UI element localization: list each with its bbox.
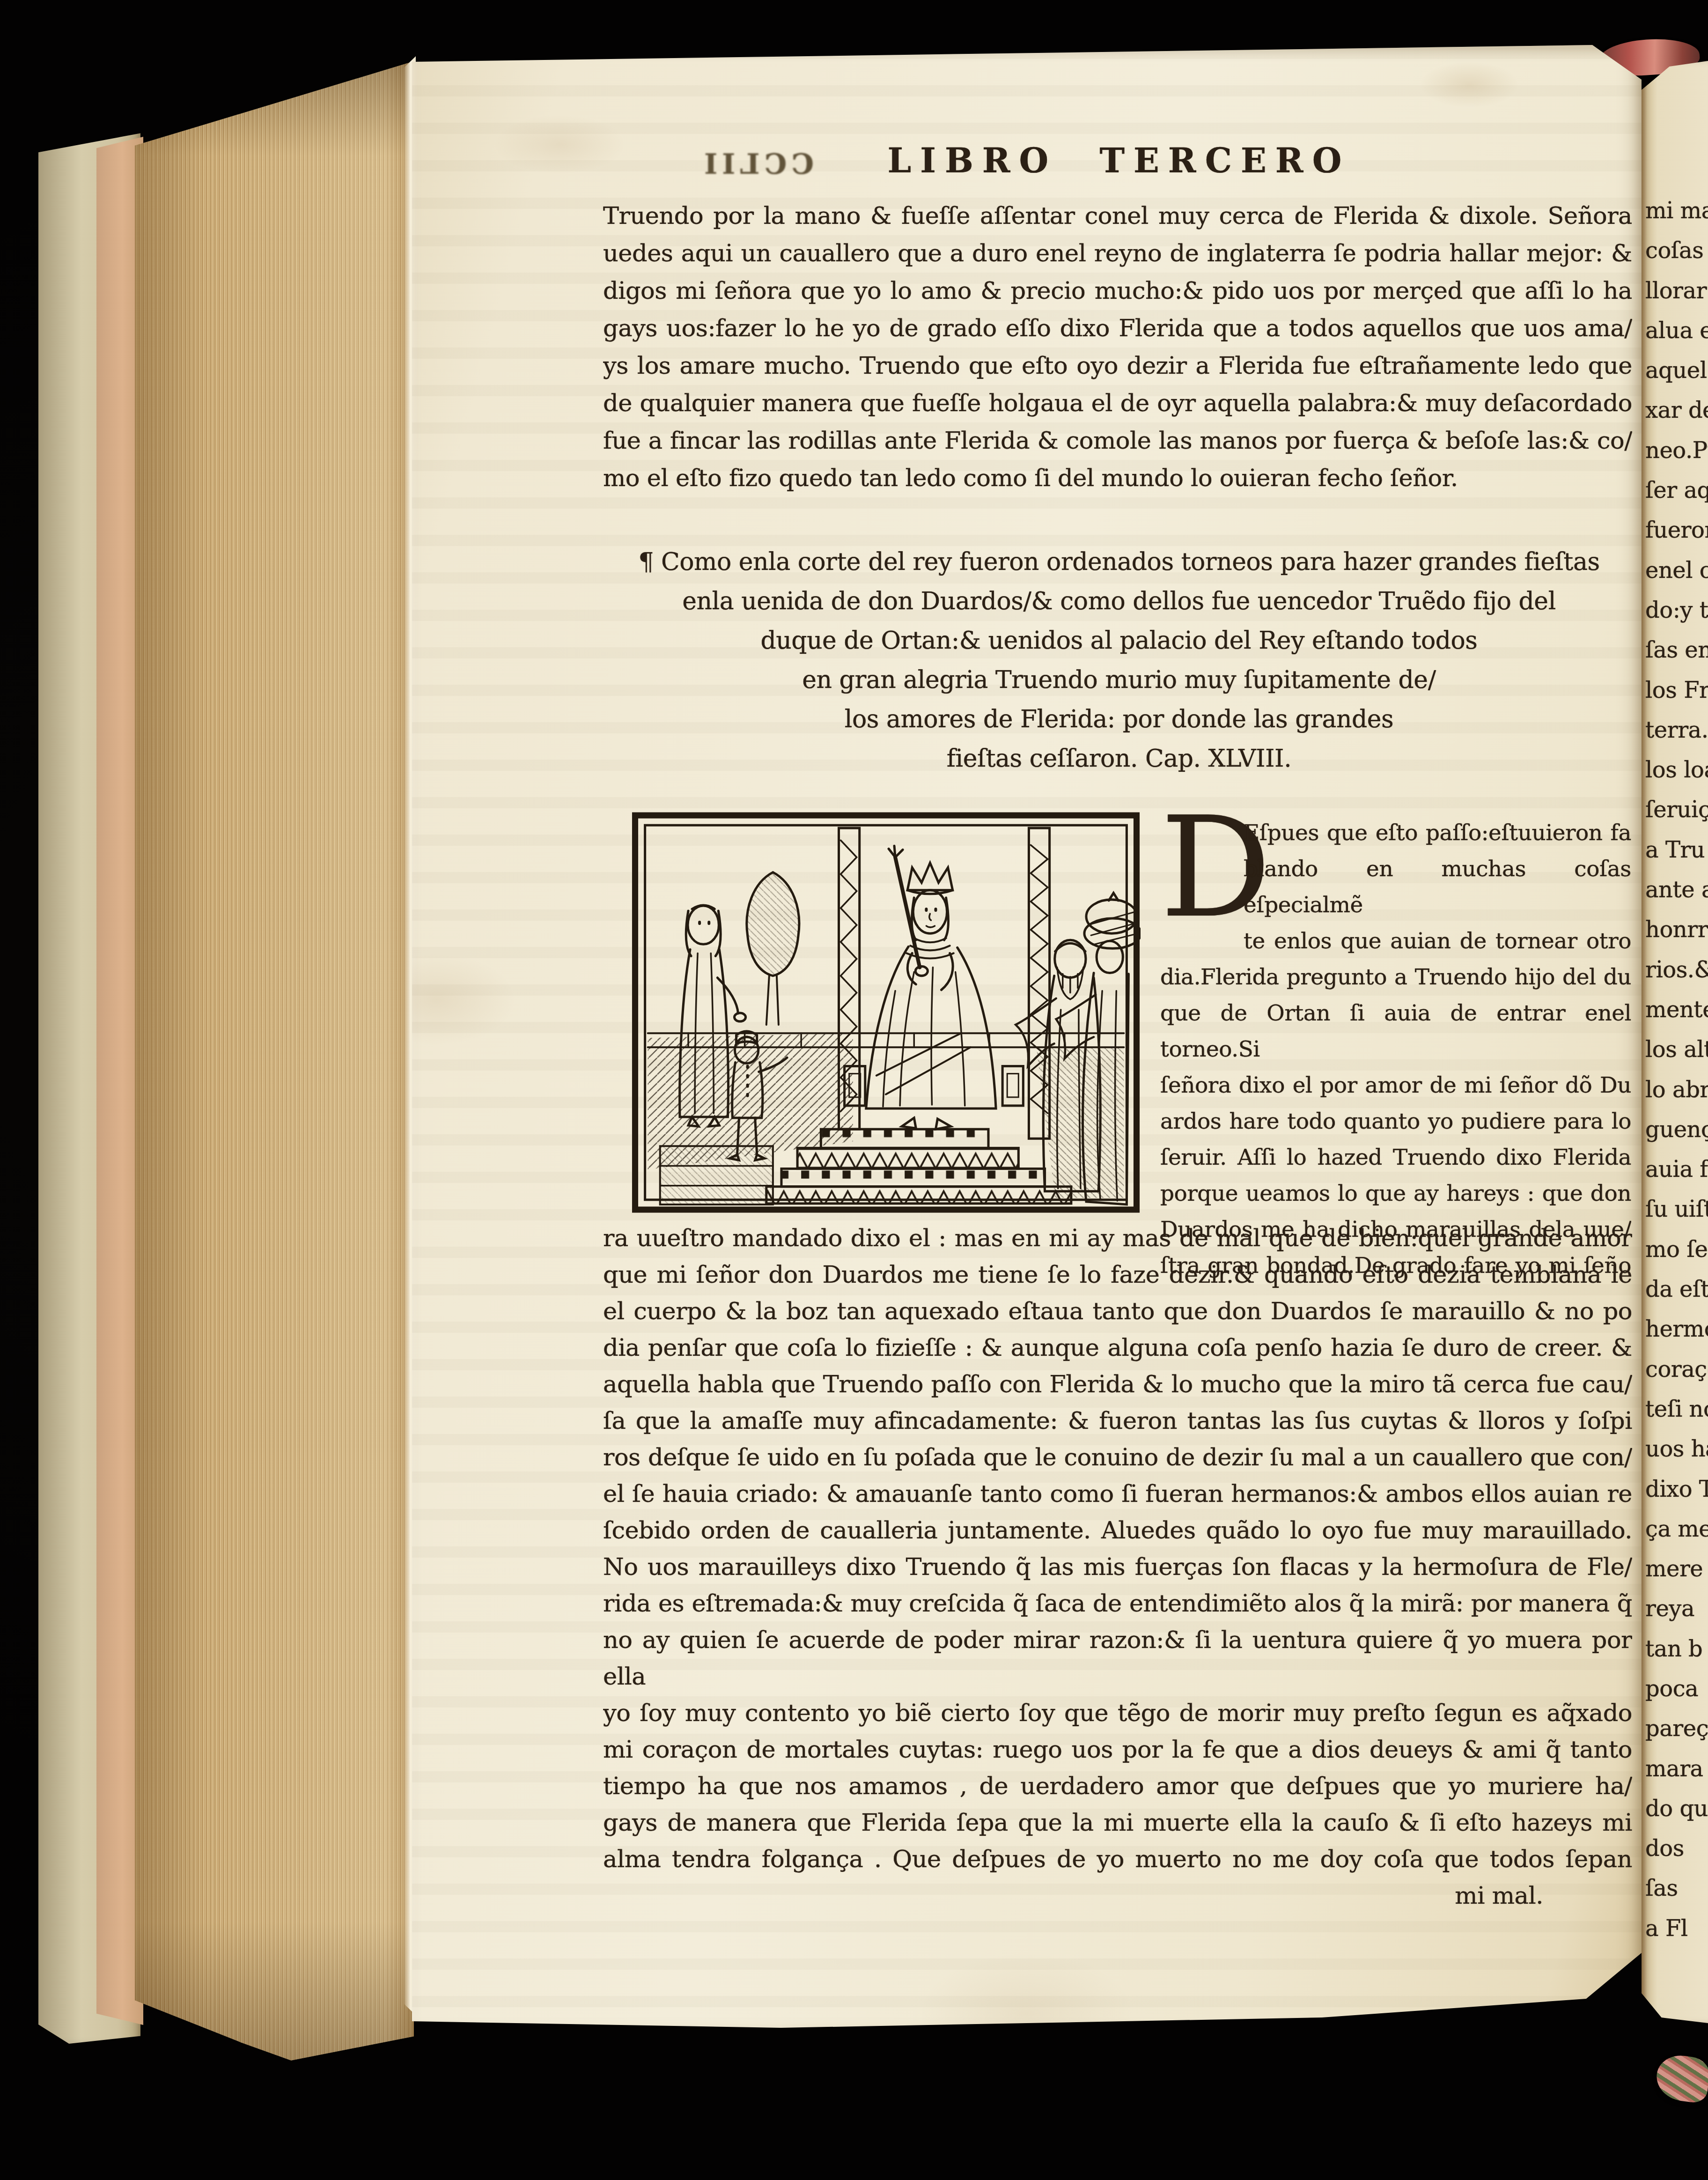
- woodcut-lines: [635, 815, 1141, 1210]
- chapter-heading: ¶ Como enla corte del rey fueron ordenad…: [605, 542, 1633, 778]
- text-line: blando en muchas coſas eſpecialmẽ: [1244, 851, 1631, 923]
- text-line-fragment: mi mal.: [1645, 191, 1708, 231]
- text-line-fragment: a Fl: [1645, 1909, 1708, 1949]
- text-line-fragment: dixo T: [1645, 1470, 1708, 1509]
- text-line-fragment: ça me: [1645, 1509, 1708, 1549]
- text-line-fragment: reya: [1645, 1589, 1708, 1629]
- page-edges-stack: [135, 55, 414, 2062]
- text-line: mi mal.: [603, 1878, 1632, 1914]
- text-line: ſa que la amaſſe muy afincadamente: & fu…: [603, 1403, 1632, 1440]
- text-line-fragment: dos: [1645, 1829, 1708, 1869]
- text-line-fragment: ſer aque: [1645, 471, 1708, 510]
- left-page: CCLII LIBRO TERCERO Truendo por la mano …: [412, 45, 1642, 2033]
- text-line: alma tendra folgança . Que deſpues de yo…: [603, 1841, 1632, 1878]
- text-line-fragment: pareç: [1645, 1709, 1708, 1749]
- text-line-fragment: poca: [1645, 1669, 1708, 1709]
- text-line-fragment: los loan: [1645, 750, 1708, 790]
- text-line: no ay quien ſe acuerde de poder mirar ra…: [603, 1622, 1632, 1695]
- tailband-pink-green: [1654, 2053, 1708, 2105]
- text-line: dia penſar que coſa lo fizieſſe : & aunq…: [603, 1330, 1632, 1367]
- drop-cap-initial: D: [1160, 817, 1239, 924]
- text-line-fragment: ſas en a: [1645, 630, 1708, 670]
- text-line: digos mi ſeñora que yo lo amo & precio m…: [603, 273, 1632, 310]
- text-line-fragment: ſeruiçi: [1645, 790, 1708, 830]
- text-line: te enlos que auian de tornear otro: [1244, 923, 1631, 959]
- text-line: ra uueſtro mandado dixo el : mas en mi a…: [603, 1220, 1632, 1257]
- text-line: Eſpues que eſto paſſo:eſtuuieron fa: [1244, 815, 1631, 851]
- text-line-fragment: alua el ſ: [1645, 311, 1708, 351]
- text-line-fragment: aquel di: [1645, 351, 1708, 391]
- opening-paragraph: Truendo por la mano & fueſſe aſſentar co…: [603, 198, 1632, 497]
- woodcut-king-enthroned: [631, 812, 1141, 1213]
- text-line: ys los amare mucho. Truendo que eſto oyo…: [603, 347, 1632, 385]
- text-line: gays de manera que Flerida ſepa que la m…: [603, 1805, 1632, 1841]
- text-line-fragment: ante a: [1645, 870, 1708, 910]
- text-line-fragment: ſas: [1645, 1869, 1708, 1908]
- text-line-fragment: mente y: [1645, 990, 1708, 1030]
- text-line: aquella habla que Truendo paſſo con Fler…: [603, 1367, 1632, 1403]
- text-line: ros deſque ſe uido en ſu poſada que le c…: [603, 1440, 1632, 1476]
- text-line-fragment: coſas ma: [1645, 231, 1708, 271]
- text-line-fragment: fueron a: [1645, 510, 1708, 550]
- chapter-heading-line: los amores de Flerida: por donde las gra…: [605, 700, 1633, 739]
- chapter-heading-line: enla uenida de don Duardos/& como dellos…: [605, 582, 1633, 621]
- text-line-fragment: neo.Pue: [1645, 431, 1708, 471]
- text-line: dia.Flerida pregunto a Truendo hijo del …: [1160, 959, 1631, 995]
- text-line-fragment: mara: [1645, 1749, 1708, 1789]
- text-line-fragment: auia fe: [1645, 1150, 1708, 1190]
- text-line: porque ueamos lo que ay hareys : que don: [1160, 1175, 1631, 1212]
- text-line-fragment: llorar &: [1645, 271, 1708, 311]
- text-line-fragment: mere: [1645, 1549, 1708, 1589]
- text-line-fragment: da eſta: [1645, 1270, 1708, 1309]
- text-line-fragment: hermo: [1645, 1309, 1708, 1349]
- text-line-fragment: rios.&: [1645, 950, 1708, 990]
- text-line: yo ſoy muy contento yo biẽ cierto ſoy qu…: [603, 1695, 1632, 1732]
- text-line-fragment: do:y to: [1645, 591, 1708, 630]
- text-line-fragment: honrra: [1645, 910, 1708, 950]
- text-line-fragment: terra.M: [1645, 710, 1708, 750]
- text-line: ſeñora dixo el por amor de mi ſeñor dõ D…: [1160, 1067, 1631, 1103]
- text-line-fragment: do qu: [1645, 1789, 1708, 1829]
- text-line: rida es eſtremada:& muy creſcida q̃ ſaca…: [603, 1586, 1632, 1622]
- text-line: Truendo por la mano & fueſſe aſſentar co…: [603, 198, 1632, 235]
- text-line-fragment: enel cam: [1645, 551, 1708, 591]
- text-line: que mi ſeñor don Duardos me tiene ſe lo …: [603, 1257, 1632, 1293]
- text-line: el ſe hauia criado: & amauanſe tanto com…: [603, 1476, 1632, 1513]
- text-line: mi coraçon de mortales cuytas: ruego uos…: [603, 1732, 1632, 1768]
- main-paragraph: ra uueſtro mandado dixo el : mas en mi a…: [603, 1220, 1632, 1914]
- text-line-fragment: ſu uiſta: [1645, 1190, 1708, 1229]
- chapter-heading-line: ¶ Como enla corte del rey fueron ordenad…: [605, 542, 1633, 582]
- text-line: tiempo ha que nos amamos , de uerdadero …: [603, 1768, 1632, 1805]
- scanned-book-photograph: CCLII LIBRO TERCERO Truendo por la mano …: [0, 0, 1708, 2180]
- text-line: ardos hare todo quanto yo pudiere para l…: [1160, 1103, 1631, 1139]
- text-line-fragment: lo abra: [1645, 1070, 1708, 1110]
- text-line: ſeruir. Aſſi lo hazed Truendo dixo Fleri…: [1160, 1139, 1631, 1175]
- running-title: LIBRO TERCERO: [605, 140, 1633, 180]
- text-line: uedes aqui un cauallero que a duro enel …: [603, 235, 1632, 273]
- text-line-fragment: tan b: [1645, 1629, 1708, 1669]
- text-line: mo el eſto fizo quedo tan ledo como ſi d…: [603, 460, 1632, 497]
- text-line: que de Ortan ſi auia de entrar enel torn…: [1160, 995, 1631, 1067]
- woodcut-illustration: [631, 812, 1141, 1213]
- text-line-fragment: teſi no: [1645, 1389, 1708, 1429]
- next-page-line-starts: mi mal.coſas mallorar &alua el ſaquel di…: [1645, 191, 1708, 1949]
- text-line-fragment: los alto: [1645, 1030, 1708, 1070]
- chapter-heading-line: en gran alegria Truendo murio muy ſupita…: [605, 660, 1633, 700]
- text-line-fragment: los Fran: [1645, 671, 1708, 710]
- text-line-fragment: xar de m: [1645, 391, 1708, 430]
- chapter-heading-line: fieſtas ceſſaron. Cap. XLVIII.: [605, 739, 1633, 778]
- text-line: gays uos:fazer lo he yo de grado eſſo di…: [603, 310, 1632, 347]
- text-line-fragment: guença: [1645, 1110, 1708, 1150]
- text-line: de qualquier manera que fueſſe holgaua e…: [603, 385, 1632, 422]
- next-page-sliver: mi mal.coſas mallorar &alua el ſaquel di…: [1642, 61, 1708, 2023]
- column-beside-woodcut: D Eſpues que eſto paſſo:eſtuuieron fabla…: [1160, 815, 1631, 1284]
- text-line: el cuerpo & la boz tan aquexado eſtaua t…: [603, 1293, 1632, 1330]
- text-line-fragment: a Tru: [1645, 830, 1708, 870]
- chapter-heading-line: duque de Ortan:& uenidos al palacio del …: [605, 621, 1633, 660]
- text-line: No uos marauilleys dixo Truendo q̃ las m…: [603, 1549, 1632, 1586]
- text-line-fragment: mo ſe a: [1645, 1230, 1708, 1270]
- text-line-fragment: uos ha: [1645, 1429, 1708, 1469]
- text-line-fragment: coraço: [1645, 1350, 1708, 1389]
- text-line: fue a fincar las rodillas ante Flerida &…: [603, 422, 1632, 460]
- text-line: ſcebido orden de caualleria juntamente. …: [603, 1513, 1632, 1549]
